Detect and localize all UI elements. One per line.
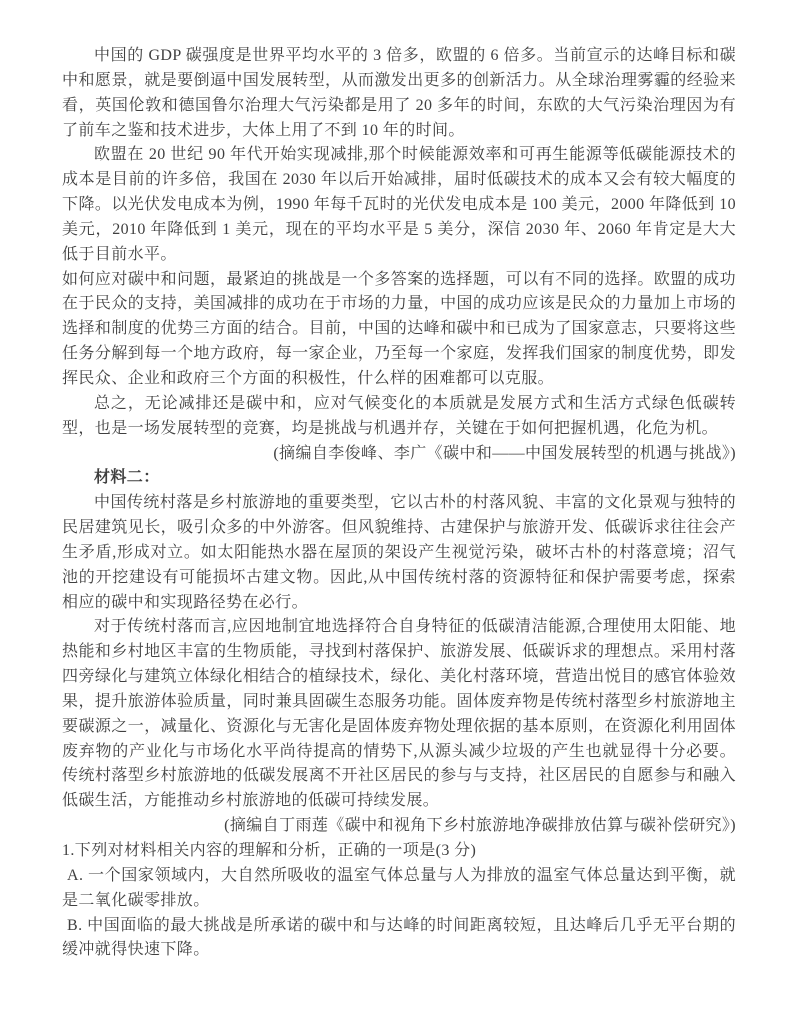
material-one-paragraph-1: 中国的 GDP 碳强度是世界平均水平的 3 倍多，欧盟的 6 倍多。当前宣示的达… [62,44,736,143]
material-one-paragraph-3: 如何应对碳中和问题，最紧迫的挑战是一个多答案的选择题，可以有不同的选择。欧盟的成… [62,268,736,392]
question-1-option-a: A. 一个国家领域内，大自然所吸收的温室气体总量与人为排放的温室气体总量达到平衡… [62,864,736,914]
question-1-stem: 1.下列对材料相关内容的理解和分析，正确的一项是(3 分) [62,839,736,864]
material-two-paragraph-2: 对于传统村落而言,应因地制宜地选择符合自身特征的低碳清洁能源,合理使用太阳能、地… [62,615,736,814]
material-two-paragraph-1: 中国传统村落是乡村旅游地的重要类型，它以古朴的村落风貌、丰富的文化景观与独特的民… [62,491,736,615]
material-two-citation: (摘编自丁雨莲《碳中和视角下乡村旅游地净碳排放估算与碳补偿研究》) [62,814,736,839]
material-one-citation: (摘编自李俊峰、李广《碳中和——中国发展转型的机遇与挑战》) [62,442,736,467]
material-one-paragraph-4: 总之，无论减排还是碳中和，应对气候变化的本质就是发展方式和生活方式绿色低碳转型，… [62,392,736,442]
material-two-heading: 材料二： [62,466,736,491]
material-one-paragraph-2: 欧盟在 20 世纪 90 年代开始实现减排,那个时候能源效率和可再生能源等低碳能… [62,143,736,267]
document-page: 中国的 GDP 碳强度是世界平均水平的 3 倍多，欧盟的 6 倍多。当前宣示的达… [0,0,794,1028]
reading-passage: 中国的 GDP 碳强度是世界平均水平的 3 倍多，欧盟的 6 倍多。当前宣示的达… [62,44,736,963]
question-1-option-b: B. 中国面临的最大挑战是所承诺的碳中和与达峰的时间距离较短，且达峰后几乎无平台… [62,914,736,964]
